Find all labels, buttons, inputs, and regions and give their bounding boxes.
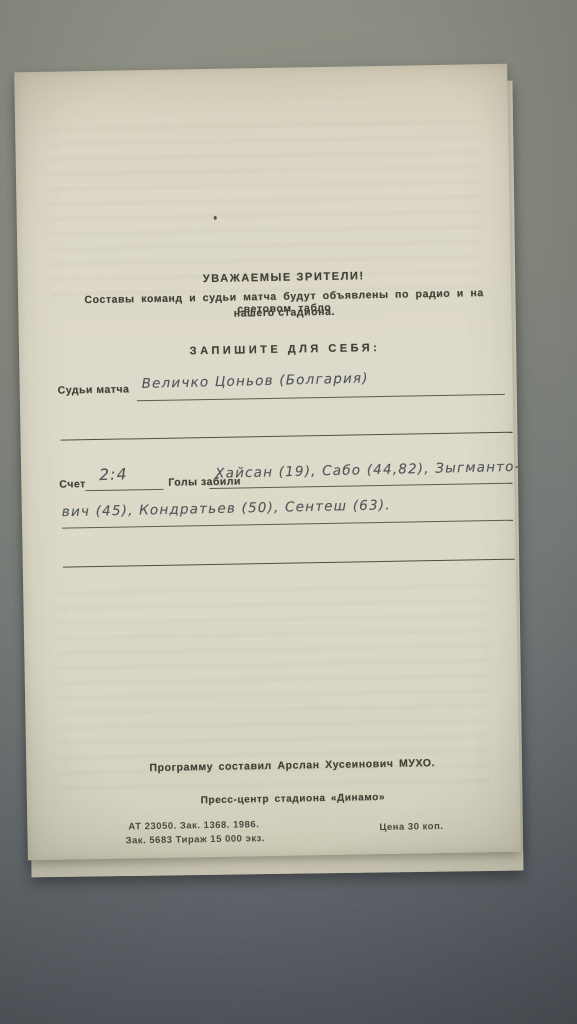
- press-center-credit: Пресс-центр стадиона «Динамо»: [67, 790, 519, 809]
- referee-handwritten-value: Величко Цоньов (Болгария): [141, 370, 369, 392]
- goals-blank-line-1: [209, 483, 512, 489]
- goals-handwritten-line-2: вич (45), Кондратьев (50), Сентеш (63).: [62, 497, 391, 520]
- score-handwritten-value: 2:4: [99, 465, 128, 484]
- compiler-credit: Программу составил Арслан Хусеинович МУХ…: [66, 756, 518, 776]
- goals-handwritten-line-1: Хайсан (19), Сабо (44,82), Зыгманто-: [215, 459, 521, 482]
- price-label: Цена 30 коп.: [379, 821, 443, 833]
- imprint-line-2: Зак. 5683 Тираж 15 000 экз.: [125, 833, 265, 846]
- programme-back-page: УВАЖАЕМЫЕ ЗРИТЕЛИ! Составы команд и судь…: [14, 64, 521, 860]
- write-for-yourself-heading: ЗАПИШИТЕ ДЛЯ СЕБЯ:: [59, 340, 511, 360]
- referee-blank-line: [137, 394, 505, 401]
- score-blank-line: [85, 489, 163, 491]
- notice-title: УВАЖАЕМЫЕ ЗРИТЕЛИ!: [58, 268, 510, 288]
- photo-background: УВАЖАЕМЫЕ ЗРИТЕЛИ! Составы команд и судь…: [0, 0, 577, 1024]
- score-label: Счет: [59, 478, 86, 490]
- imprint-line-1: АТ 23050. Зак. 1368. 1986.: [128, 819, 259, 832]
- section-divider-rule: [63, 559, 515, 568]
- referee-label: Судьи матча: [58, 383, 130, 396]
- section-divider-rule: [61, 432, 513, 441]
- paper-speck: [214, 216, 217, 220]
- goals-blank-line-2: [62, 520, 513, 529]
